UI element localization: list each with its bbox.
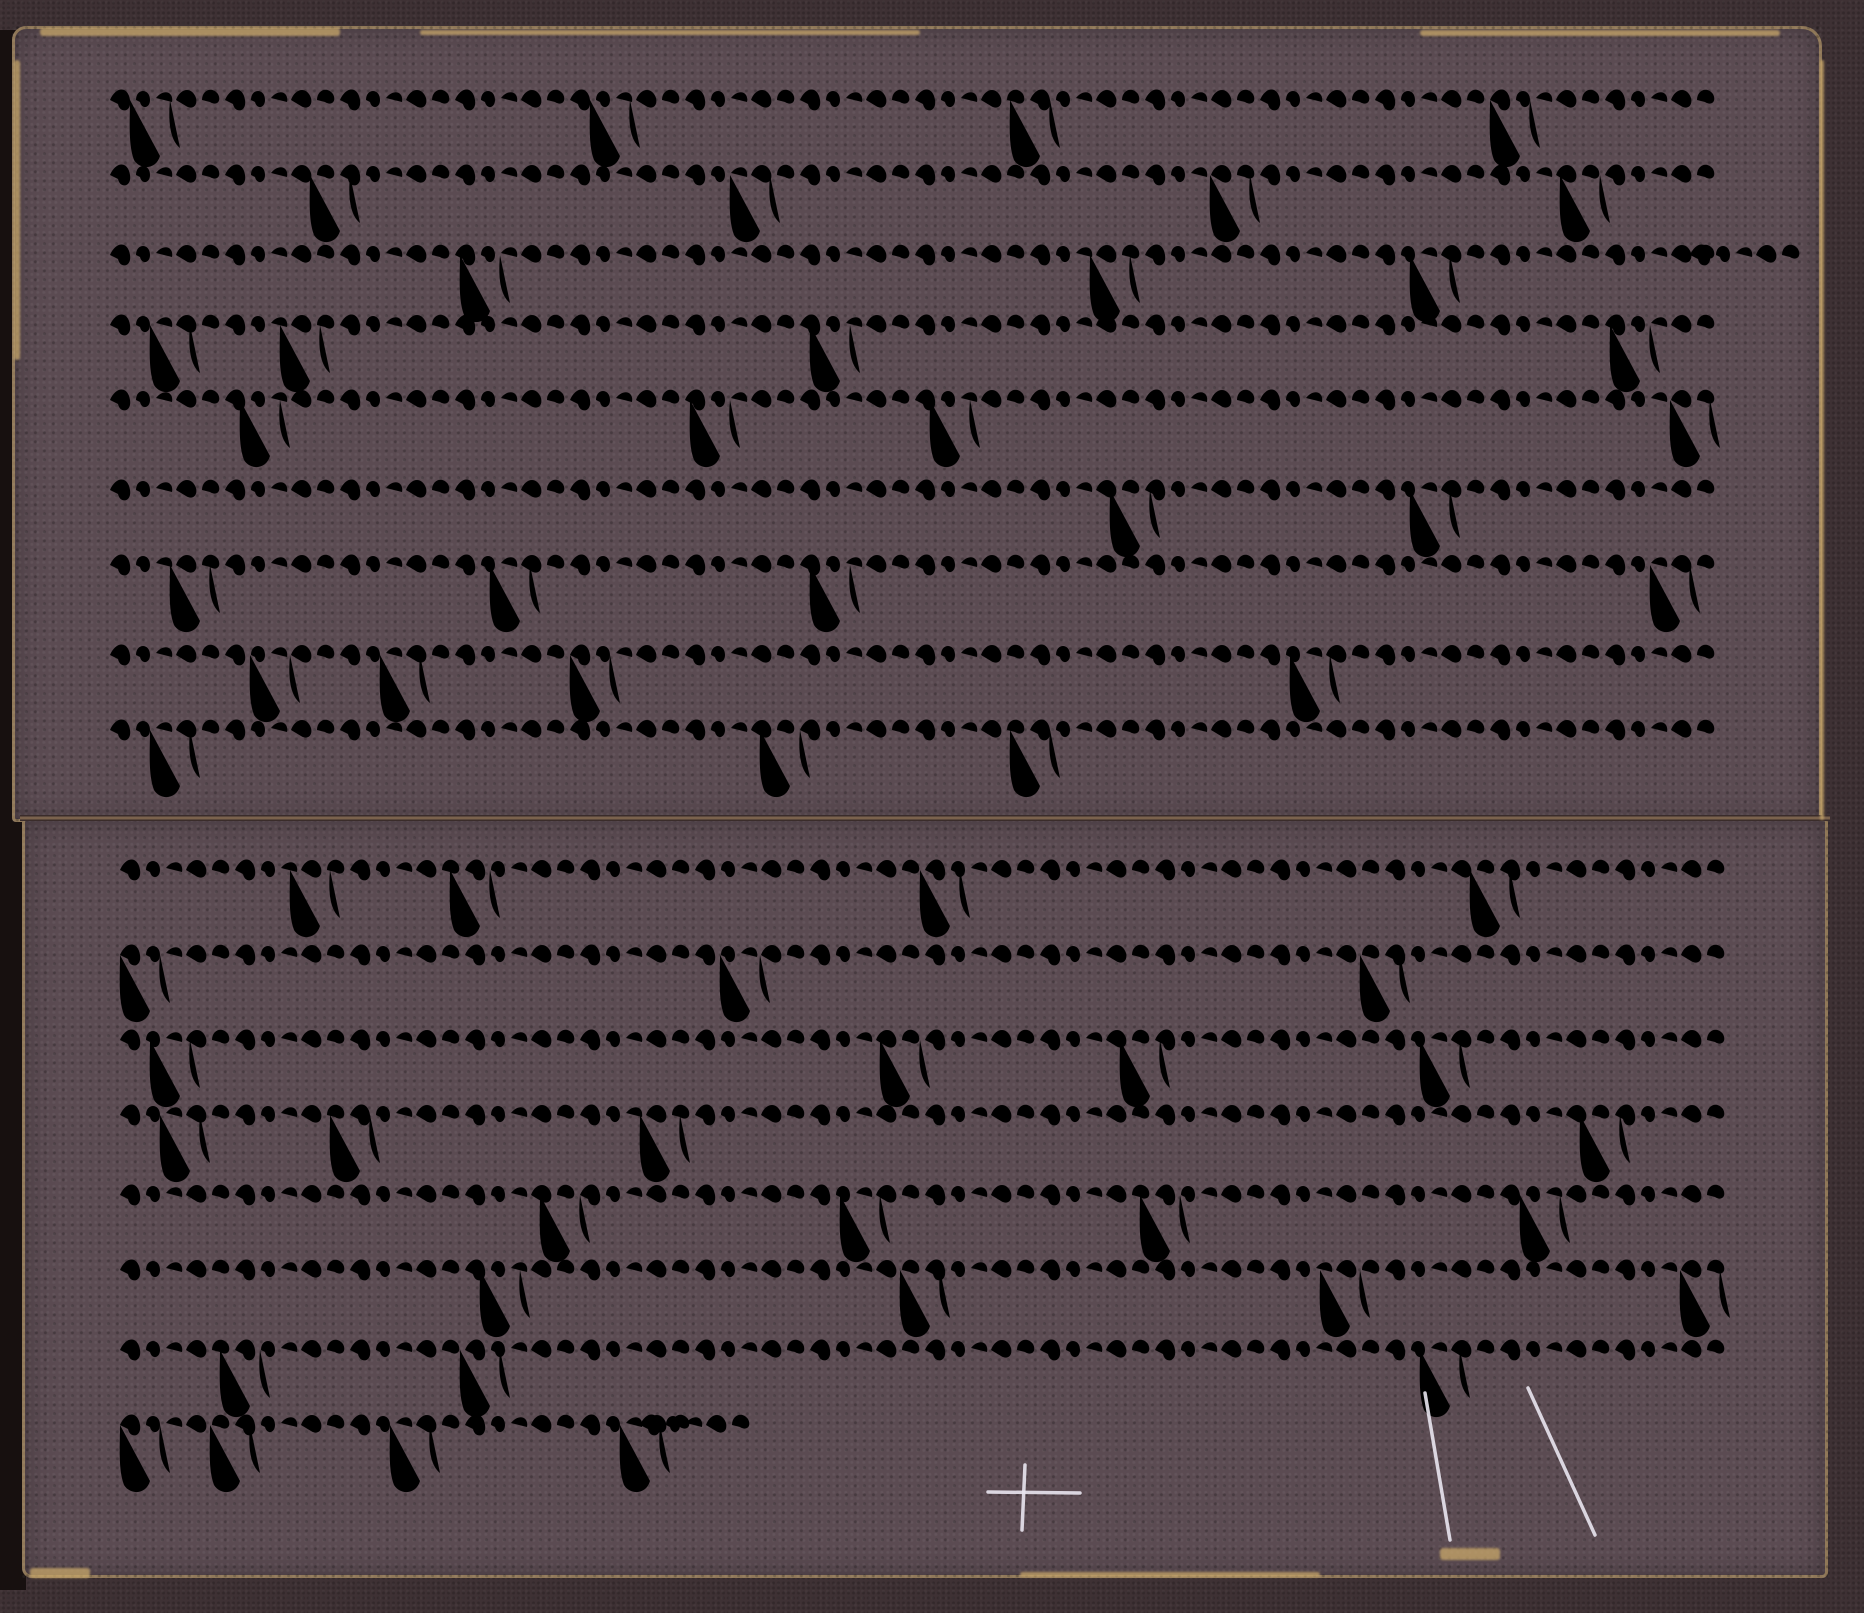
script-line-bottom-3 xyxy=(120,1030,1724,1108)
handwritten-script xyxy=(0,0,1864,1613)
script-line-top-6 xyxy=(110,480,1714,558)
script-line-top-7 xyxy=(110,555,1714,633)
script-line-top-8 xyxy=(110,645,1714,723)
script-line-bottom-8 xyxy=(120,1415,750,1493)
script-line-bottom-6 xyxy=(120,1260,1730,1338)
script-line-top-9 xyxy=(110,720,1714,798)
script-line-top-3 xyxy=(110,245,1799,323)
script-line-bottom-1 xyxy=(120,860,1724,938)
script-line-top-2 xyxy=(110,165,1714,243)
script-line-bottom-2 xyxy=(120,945,1725,1023)
script-line-top-5 xyxy=(110,390,1720,468)
script-line-top-1 xyxy=(110,90,1714,168)
script-line-top-4 xyxy=(110,315,1714,393)
slash-mark-2 xyxy=(1528,1388,1595,1535)
script-line-bottom-4 xyxy=(120,1105,1724,1183)
cross-mark xyxy=(988,1465,1080,1530)
script-line-bottom-7 xyxy=(120,1340,1724,1418)
script-line-bottom-5 xyxy=(120,1185,1724,1263)
